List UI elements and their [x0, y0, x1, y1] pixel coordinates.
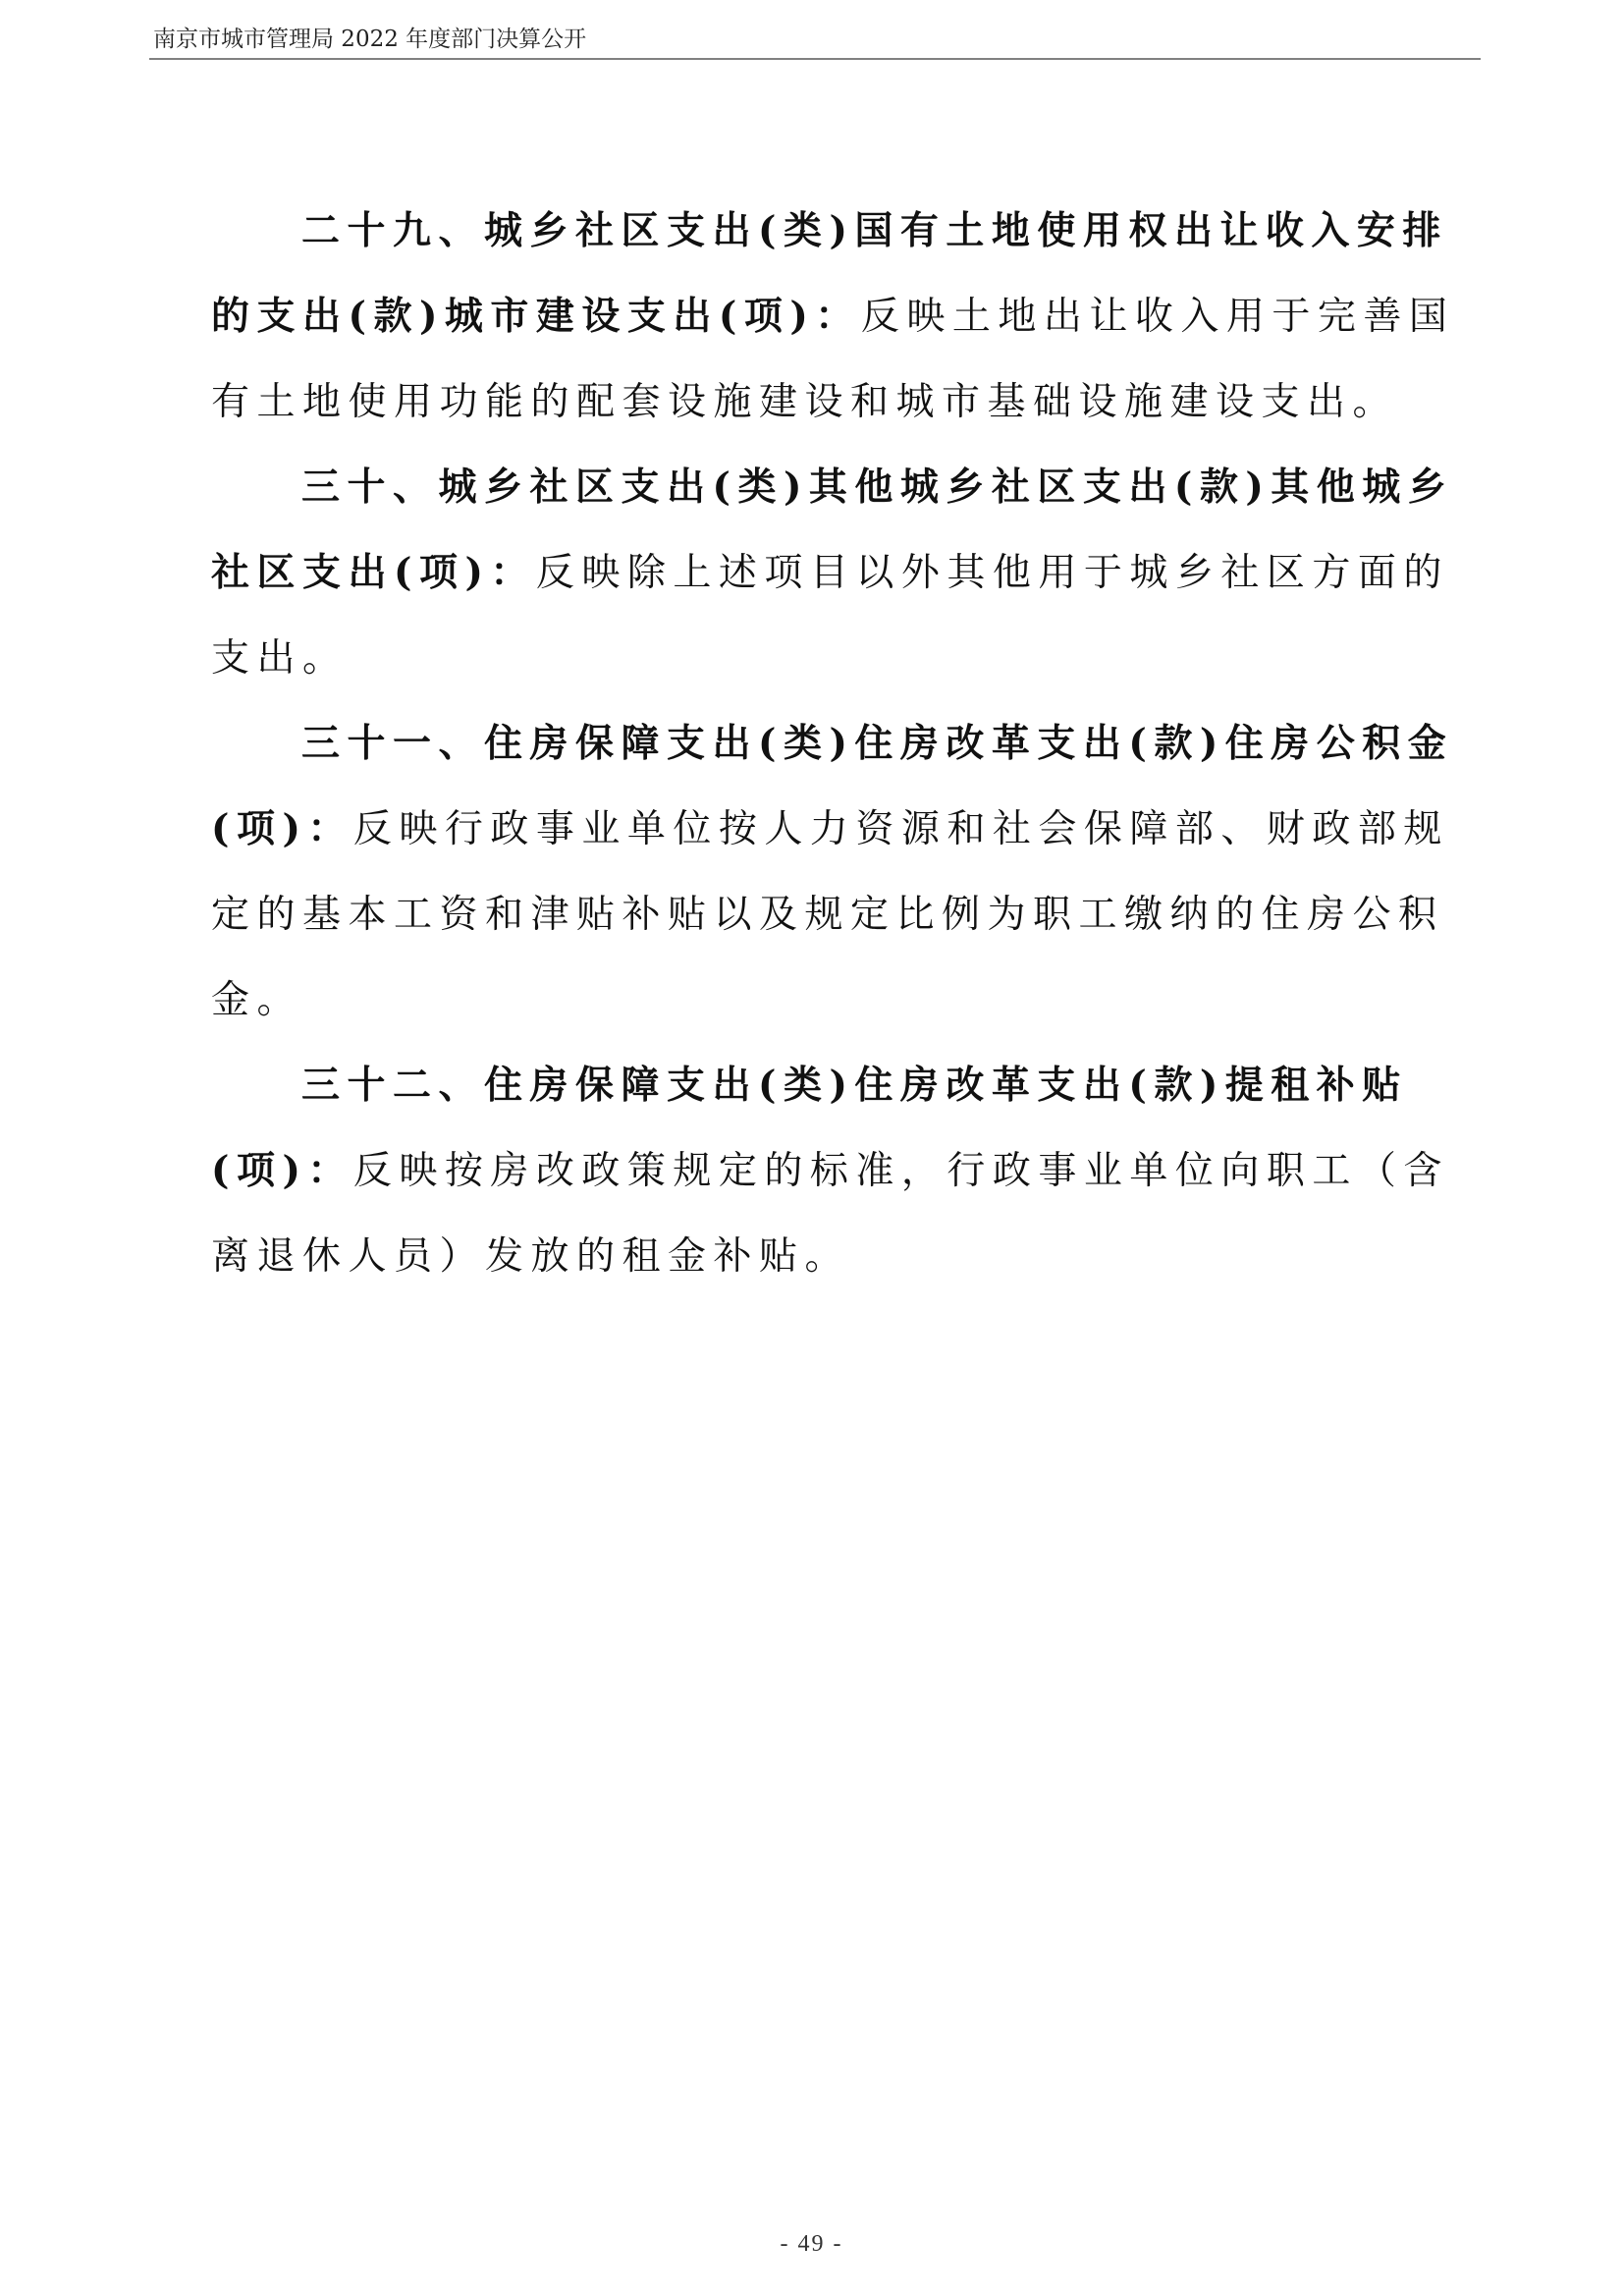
- paragraph-line: 二十九、城乡社区支出(类)国有土地使用权出让收入安排: [211, 196, 1419, 282]
- paragraph-32: 三十二、住房保障支出(类)住房改革支出(款)提租补贴 (项)：反映按房改政策规定…: [211, 1051, 1419, 1307]
- item-heading: 三十、城乡社区支出(类)其他城乡社区支出(款)其他城乡: [301, 465, 1453, 510]
- item-description: 定的基本工资和津贴补贴以及规定比例为职工缴纳的住房公积: [211, 893, 1444, 937]
- paragraph-31: 三十一、住房保障支出(类)住房改革支出(款)住房公积金 (项)：反映行政事业单位…: [211, 709, 1419, 1051]
- paragraph-line: (项)：反映按房改政策规定的标准，行政事业单位向职工（含: [211, 1136, 1419, 1222]
- paragraph-line: 三十二、住房保障支出(类)住房改革支出(款)提租补贴: [211, 1051, 1419, 1136]
- paragraph-line: 金。: [211, 965, 1419, 1051]
- paragraph-30: 三十、城乡社区支出(类)其他城乡社区支出(款)其他城乡 社区支出(项)：反映除上…: [211, 453, 1419, 709]
- item-heading: (项)：: [211, 1148, 353, 1193]
- item-heading: 社区支出(项)：: [211, 550, 536, 595]
- paragraph-29: 二十九、城乡社区支出(类)国有土地使用权出让收入安排 的支出(款)城市建设支出(…: [211, 196, 1419, 453]
- item-heading: 三十二、住房保障支出(类)住房改革支出(款)提租补贴: [301, 1063, 1408, 1108]
- page-number: - 49 -: [0, 2231, 1623, 2258]
- paragraph-line: 的支出(款)城市建设支出(项)：反映土地出让收入用于完善国: [211, 282, 1419, 367]
- item-description: 金。: [211, 978, 302, 1022]
- paragraph-line: 定的基本工资和津贴补贴以及规定比例为职工缴纳的住房公积: [211, 880, 1419, 965]
- item-description: 反映按房改政策规定的标准，行政事业单位向职工（含: [353, 1149, 1449, 1193]
- item-description: 反映除上述项目以外其他用于城乡社区方面的: [536, 551, 1449, 595]
- paragraph-line: 离退休人员）发放的租金补贴。: [211, 1222, 1419, 1307]
- item-heading: (项)：: [211, 806, 353, 851]
- header-divider: [149, 58, 1481, 60]
- page-header: 南京市城市管理局 2022 年度部门决算公开: [137, 22, 1481, 61]
- item-description: 离退休人员）发放的租金补贴。: [211, 1234, 850, 1279]
- document-body: 二十九、城乡社区支出(类)国有土地使用权出让收入安排 的支出(款)城市建设支出(…: [211, 196, 1419, 1307]
- item-heading: 二十九、城乡社区支出(类)国有土地使用权出让收入安排: [301, 208, 1448, 253]
- paragraph-line: 三十、城乡社区支出(类)其他城乡社区支出(款)其他城乡: [211, 453, 1419, 538]
- paragraph-line: 支出。: [211, 624, 1419, 709]
- item-heading: 的支出(款)城市建设支出(项)：: [211, 294, 861, 339]
- paragraph-line: 社区支出(项)：反映除上述项目以外其他用于城乡社区方面的: [211, 538, 1419, 624]
- paragraph-line: 有土地使用功能的配套设施建设和城市基础设施建设支出。: [211, 367, 1419, 453]
- header-title: 南京市城市管理局 2022 年度部门决算公开: [153, 26, 586, 53]
- item-description: 反映土地出让收入用于完善国: [861, 295, 1455, 339]
- paragraph-line: (项)：反映行政事业单位按人力资源和社会保障部、财政部规: [211, 794, 1419, 880]
- item-description: 有土地使用功能的配套设施建设和城市基础设施建设支出。: [211, 380, 1398, 424]
- item-description: 支出。: [211, 636, 349, 681]
- item-description: 反映行政事业单位按人力资源和社会保障部、财政部规: [353, 807, 1449, 851]
- paragraph-line: 三十一、住房保障支出(类)住房改革支出(款)住房公积金: [211, 709, 1419, 794]
- item-heading: 三十一、住房保障支出(类)住房改革支出(款)住房公积金: [301, 721, 1453, 766]
